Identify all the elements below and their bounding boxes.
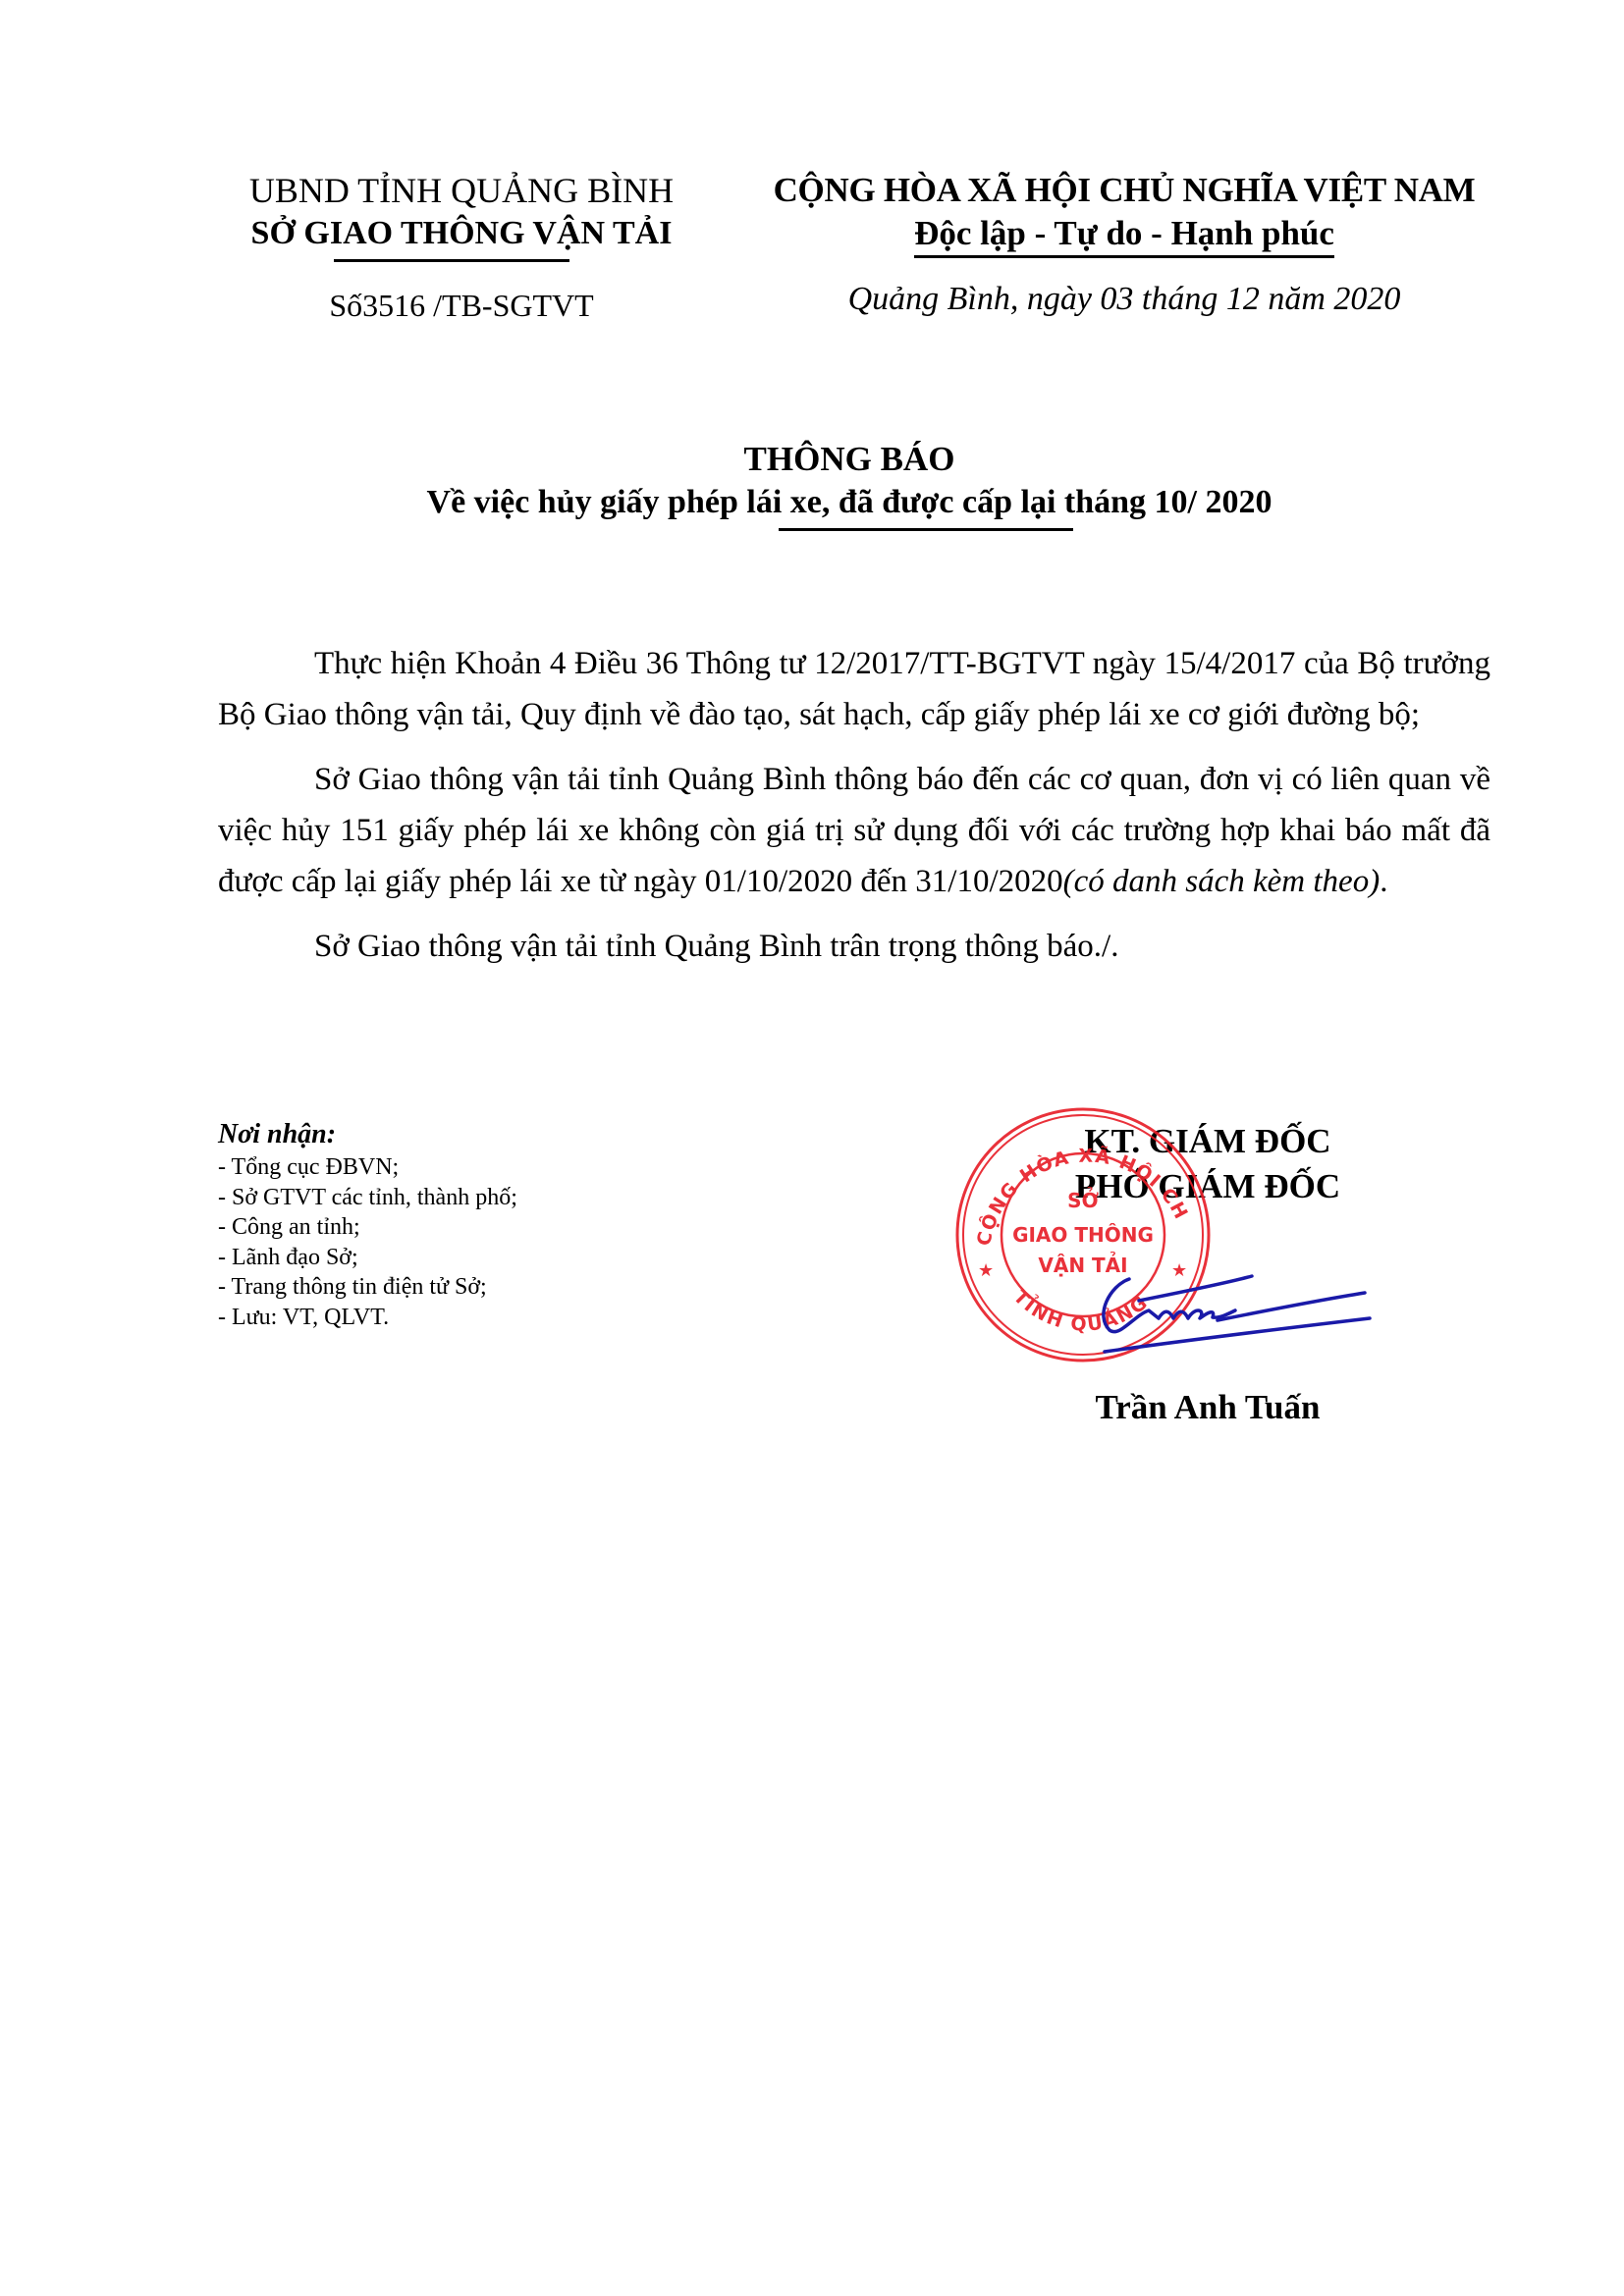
document-title-block: THÔNG BÁO Về việc hủy giấy phép lái xe, …: [216, 438, 1483, 531]
recipient-item: - Tổng cục ĐBVN;: [218, 1152, 729, 1183]
body-paragraph-2: Sở Giao thông vận tải tỉnh Quảng Bình th…: [218, 754, 1490, 907]
signature-title-2: PHÓ GIÁM ĐỐC: [992, 1164, 1424, 1209]
body-paragraph-3: Sở Giao thông vận tải tỉnh Quảng Bình tr…: [218, 921, 1490, 972]
attachment-note: (có danh sách kèm theo): [1063, 864, 1380, 899]
department-name: SỞ GIAO THÔNG VẬN TẢI: [196, 212, 727, 255]
recipient-item: - Lưu: VT, QLVT.: [218, 1303, 729, 1333]
handwritten-signature-icon: [1090, 1271, 1404, 1360]
national-motto: Độc lập - Tự do - Hạnh phúc: [914, 212, 1334, 258]
document-body: Thực hiện Khoản 4 Điều 36 Thông tư 12/20…: [218, 638, 1490, 986]
document-title: THÔNG BÁO: [216, 438, 1483, 481]
body-paragraph-1: Thực hiện Khoản 4 Điều 36 Thông tư 12/20…: [218, 638, 1490, 740]
authority-name: UBND TỈNH QUẢNG BÌNH: [196, 169, 727, 212]
issuing-authority-block: UBND TỈNH QUẢNG BÌNH SỞ GIAO THÔNG VẬN T…: [196, 169, 727, 325]
recipient-item: - Lãnh đạo Sở;: [218, 1243, 729, 1273]
document-subject: Về việc hủy giấy phép lái xe, đã được cấ…: [216, 481, 1483, 524]
department-underline: [334, 259, 569, 262]
recipients-block: Nơi nhận: - Tổng cục ĐBVN; - Sở GTVT các…: [218, 1119, 729, 1332]
seal-star-left-icon: ★: [978, 1260, 994, 1281]
recipient-item: - Công an tỉnh;: [218, 1212, 729, 1243]
signer-name: Trần Anh Tuấn: [992, 1386, 1424, 1429]
subject-underline: [779, 528, 1073, 531]
recipients-heading: Nơi nhận:: [218, 1119, 729, 1150]
body-paragraph-2-end: .: [1380, 864, 1387, 899]
recipients-list: - Tổng cục ĐBVN; - Sở GTVT các tỉnh, thà…: [218, 1152, 729, 1332]
seal-center-line-2: GIAO THÔNG: [1012, 1223, 1154, 1247]
document-number: Số3516 /TB-SGTVT: [196, 286, 727, 325]
place-and-date: Quảng Bình, ngày 03 tháng 12 năm 2020: [731, 280, 1517, 319]
signature-block: KT. GIÁM ĐỐC PHÓ GIÁM ĐỐC Trần Anh Tuấn: [992, 1119, 1424, 1209]
recipient-item: - Sở GTVT các tỉnh, thành phố;: [218, 1183, 729, 1213]
recipient-item: - Trang thông tin điện tử Sở;: [218, 1272, 729, 1303]
signature-title-1: KT. GIÁM ĐỐC: [992, 1119, 1424, 1164]
national-header-block: CỘNG HÒA XÃ HỘI CHỦ NGHĨA VIỆT NAM Độc l…: [731, 169, 1517, 319]
nation-name: CỘNG HÒA XÃ HỘI CHỦ NGHĨA VIỆT NAM: [731, 169, 1517, 212]
